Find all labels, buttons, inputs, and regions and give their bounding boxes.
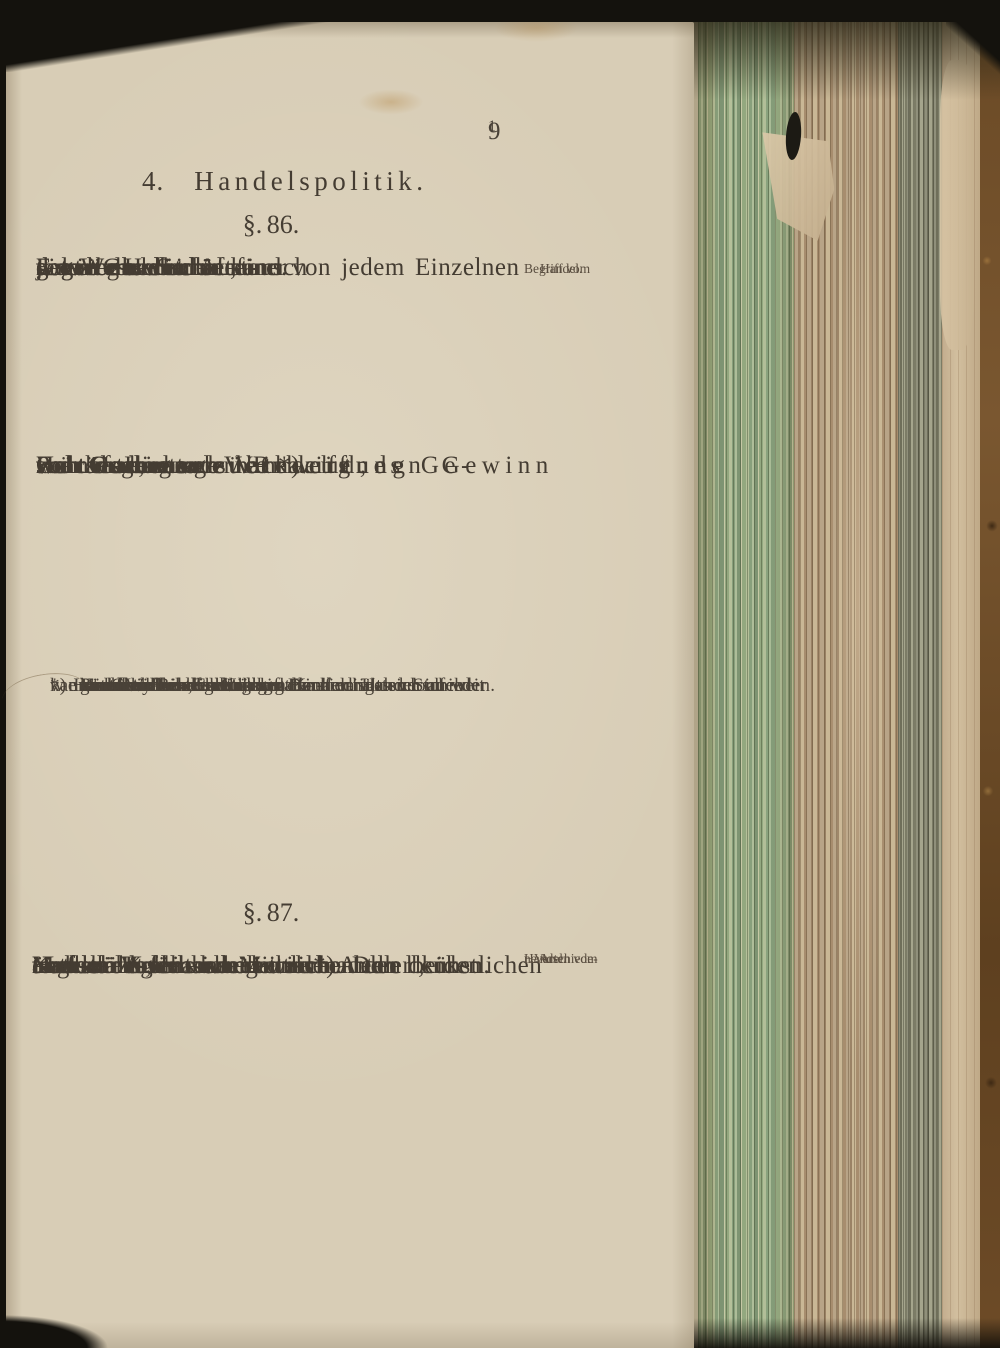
photo-bottom-left-dark bbox=[0, 1302, 150, 1348]
photo-top-dark-band bbox=[0, 20, 330, 72]
section-symbol: §. bbox=[243, 210, 263, 240]
page-number: 91 bbox=[488, 118, 496, 146]
chapter-number: 4. bbox=[142, 166, 164, 196]
photo-corner-dark bbox=[946, 0, 1000, 130]
book-page: 91 4.Handelspolitik. §.86. Handel nennt … bbox=[6, 22, 694, 1348]
page-number-main: 9 bbox=[488, 118, 503, 146]
section-number: 87. bbox=[267, 898, 300, 927]
book-cover-marbled bbox=[980, 22, 1000, 1348]
chapter-heading: 4.Handelspolitik. bbox=[142, 166, 194, 197]
chapter-title: Handelspolitik. bbox=[194, 166, 427, 197]
section-mark-87: §.87. bbox=[36, 898, 506, 928]
book-scan-photo: 91 4.Handelspolitik. §.86. Handel nennt … bbox=[0, 0, 1000, 1348]
section-mark-86: §.86. bbox=[36, 210, 506, 240]
fore-edge-green-pages bbox=[698, 22, 794, 1348]
section-symbol: §. bbox=[243, 898, 263, 928]
fore-edge-rough-pages bbox=[898, 22, 942, 1348]
section-number: 86. bbox=[267, 210, 300, 239]
edge-bottom-shadow bbox=[660, 1318, 1000, 1348]
